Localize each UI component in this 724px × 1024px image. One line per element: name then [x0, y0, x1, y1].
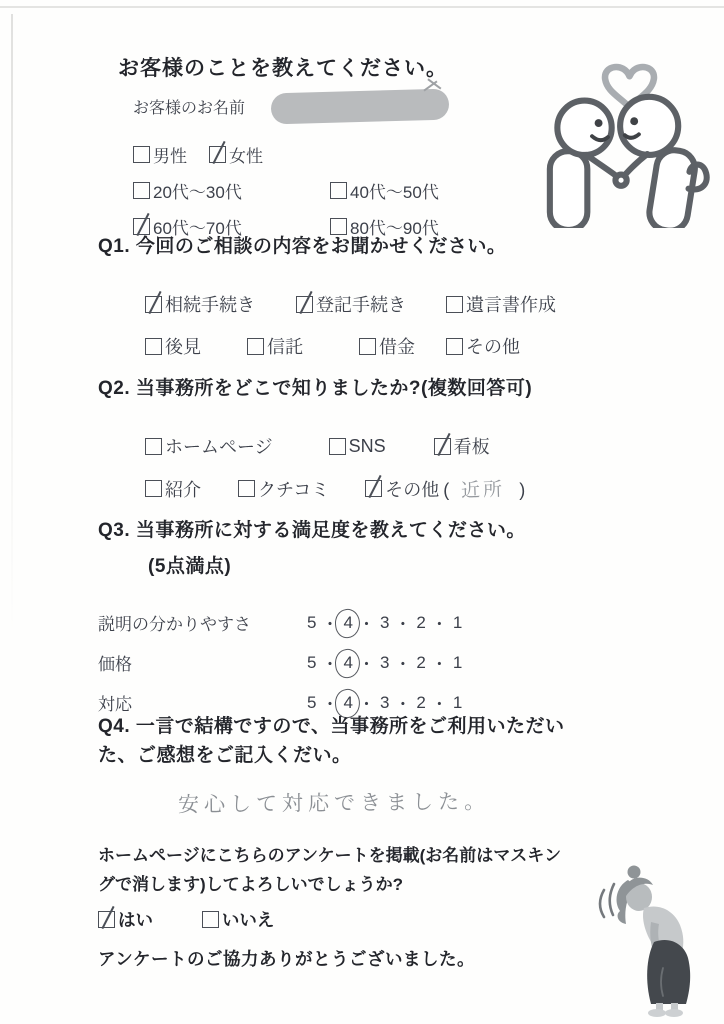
checkbox-sns[interactable]: SNS — [329, 436, 386, 457]
rating-1[interactable]: 1 — [451, 653, 465, 673]
checkbox-icon[interactable] — [133, 182, 150, 199]
checkbox-q2-other[interactable]: その他 — [365, 476, 439, 502]
rating-label: 価格 — [98, 650, 305, 675]
q2-options-row-2: 紹介 クチコミ その他 ( 近所 ) — [145, 475, 532, 502]
option-label: SNS — [349, 436, 386, 457]
rating-4[interactable]: 4 — [341, 653, 355, 673]
rating-1[interactable]: 1 — [451, 693, 465, 713]
checkbox-registration-procedure[interactable]: 登記手続き — [296, 291, 406, 317]
rating-2[interactable]: 2 — [414, 613, 428, 633]
option-label: 借金 — [379, 333, 415, 359]
gender-options-row: 男性 女性 — [133, 142, 449, 167]
handwritten-comment: 安心して対応できました。 — [178, 785, 490, 818]
question-3-heading: Q3. 当事務所に対する満足度を教えてください。 — [98, 516, 526, 545]
consent-question: ホームページにこちらのアンケートを掲載(お名前はマスキングで消します)してよろし… — [98, 841, 576, 899]
age-options-row-1: 20代〜30代 40代〜50代 — [133, 178, 449, 203]
checkbox-icon[interactable] — [329, 438, 346, 455]
two-people-heart-icon — [533, 50, 711, 228]
checkbox-icon[interactable] — [434, 438, 451, 455]
checkbox-icon[interactable] — [145, 438, 162, 455]
handwritten-other-value: 近所 — [449, 474, 520, 503]
masked-name-blob — [271, 89, 450, 125]
checkbox-icon[interactable] — [145, 338, 162, 355]
q2-options-row-1: ホームページ SNS 看板 — [145, 433, 532, 459]
option-label: ホームページ — [165, 433, 273, 459]
thanks-message: アンケートのご協力ありがとうございました。 — [98, 946, 475, 971]
rating-row-clarity: 説明の分かりやすさ 5 ・ 4 ・ 3 ・ 2 ・ 1 — [98, 610, 526, 635]
rating-1[interactable]: 1 — [451, 613, 465, 633]
checkbox-age-20-30[interactable]: 20代〜30代 — [133, 178, 330, 203]
checkbox-icon[interactable] — [209, 146, 226, 163]
checkbox-icon[interactable] — [330, 182, 347, 199]
checkbox-icon[interactable] — [365, 480, 382, 497]
checkbox-trust[interactable]: 信託 — [247, 333, 303, 359]
rating-3[interactable]: 3 — [378, 693, 392, 713]
checkbox-icon[interactable] — [133, 146, 150, 163]
close-paren: ) — [519, 480, 525, 501]
option-label: 男性 — [153, 142, 187, 167]
scale-dot: ・ — [429, 610, 451, 635]
name-label: お客様のお名前 — [133, 95, 245, 118]
option-label: クチコミ — [258, 476, 329, 502]
checkbox-will-drafting[interactable]: 遺言書作成 — [446, 291, 556, 317]
scan-edge-artifact-left — [11, 14, 13, 634]
scale-dot: ・ — [429, 650, 451, 675]
checkbox-inheritance-procedure[interactable]: 相続手続き — [145, 291, 255, 317]
question-2-section: Q2. 当事務所をどこで知りましたか?(複数回答可) ホームページ SNS 看板 — [98, 374, 532, 518]
rating-table: 説明の分かりやすさ 5 ・ 4 ・ 3 ・ 2 ・ 1 価格 5 ・ — [98, 610, 526, 715]
checkbox-referral[interactable]: 紹介 — [145, 476, 201, 502]
checkbox-icon[interactable] — [238, 480, 255, 497]
rating-5[interactable]: 5 — [305, 653, 319, 673]
bowing-woman-icon — [593, 860, 718, 1020]
option-label: いいえ — [222, 907, 275, 932]
scanned-questionnaire-page: お客様のことを教えてください。 お客様のお名前 男性 女性 20代〜30代 — [0, 0, 724, 1024]
checkbox-male[interactable]: 男性 — [133, 142, 187, 167]
handshake-illustration — [533, 50, 711, 233]
consent-options-row: はい いいえ — [98, 907, 576, 933]
bowing-woman-illustration — [593, 860, 718, 1024]
rating-2[interactable]: 2 — [414, 653, 428, 673]
page-title: お客様のことを教えてください。 — [118, 52, 449, 82]
question-1-heading: Q1. 今回のご相談の内容をお聞かせください。 — [98, 232, 556, 261]
checkbox-homepage[interactable]: ホームページ — [145, 433, 273, 459]
checkbox-yes[interactable]: はい — [98, 907, 153, 932]
rating-2[interactable]: 2 — [414, 693, 428, 713]
checkbox-female[interactable]: 女性 — [209, 142, 263, 167]
checkbox-icon[interactable] — [296, 296, 313, 313]
option-label: 後見 — [165, 333, 201, 359]
scale-dot: ・ — [392, 610, 414, 635]
option-label: はい — [118, 907, 153, 932]
checkbox-icon[interactable] — [446, 296, 463, 313]
intro-section: お客様のことを教えてください。 お客様のお名前 男性 女性 20代〜30代 — [118, 52, 449, 250]
option-label: その他 — [466, 333, 520, 359]
option-label: 遺言書作成 — [466, 291, 556, 317]
checkbox-icon[interactable] — [359, 338, 376, 355]
rating-5[interactable]: 5 — [305, 693, 319, 713]
checkbox-debt[interactable]: 借金 — [359, 333, 415, 359]
q1-options-row-2: 後見 信託 借金 その他 — [145, 333, 556, 359]
rating-row-price: 価格 5 ・ 4 ・ 3 ・ 2 ・ 1 — [98, 650, 526, 675]
scan-edge-artifact-top — [0, 6, 724, 8]
rating-5[interactable]: 5 — [305, 613, 319, 633]
checkbox-icon[interactable] — [98, 911, 115, 928]
rating-3[interactable]: 3 — [378, 613, 392, 633]
checkbox-word-of-mouth[interactable]: クチコミ — [238, 476, 329, 502]
rating-scale: 5 ・ 4 ・ 3 ・ 2 ・ 1 — [305, 610, 465, 635]
q2-other-answer: ( 近所 ) — [443, 475, 525, 502]
option-label: 信託 — [267, 333, 303, 359]
checkbox-no[interactable]: いいえ — [202, 907, 275, 932]
question-4-heading: Q4. 一言で結構ですので、当事務所をご利用いただいた、ご感想をご記入くだい。 — [98, 712, 568, 771]
checkbox-icon[interactable] — [145, 480, 162, 497]
option-label: 看板 — [454, 433, 490, 459]
rating-scale: 5 ・ 4 ・ 3 ・ 2 ・ 1 — [305, 650, 465, 675]
question-2-heading: Q2. 当事務所をどこで知りましたか?(複数回答可) — [98, 374, 532, 403]
q1-options-row-1: 相続手続き 登記手続き 遺言書作成 — [145, 291, 556, 317]
option-label: 女性 — [229, 142, 263, 167]
option-label: 紹介 — [165, 476, 201, 502]
option-label: 相続手続き — [165, 291, 255, 317]
option-label: 登記手続き — [316, 291, 406, 317]
rating-3[interactable]: 3 — [378, 653, 392, 673]
option-label: その他 — [385, 476, 439, 502]
checkbox-age-40-50[interactable]: 40代〜50代 — [330, 178, 439, 203]
checkbox-icon[interactable] — [247, 338, 264, 355]
option-label: 20代〜30代 — [153, 178, 242, 203]
checkbox-icon[interactable] — [202, 911, 219, 928]
question-1-section: Q1. 今回のご相談の内容をお聞かせください。 相続手続き 登記手続き 遺言書作… — [98, 232, 556, 375]
question-4-section: Q4. 一言で結構ですので、当事務所をご利用いただいた、ご感想をご記入くだい。 … — [98, 712, 568, 817]
checkbox-guardianship[interactable]: 後見 — [145, 333, 201, 359]
rating-label: 説明の分かりやすさ — [98, 610, 305, 635]
checkbox-signboard[interactable]: 看板 — [434, 433, 490, 459]
rating-4[interactable]: 4 — [341, 613, 355, 633]
consent-section: ホームページにこちらのアンケートを掲載(お名前はマスキングで消します)してよろし… — [98, 841, 576, 933]
checkbox-icon[interactable] — [145, 296, 162, 313]
thanks-section: アンケートのご協力ありがとうございました。 — [98, 946, 475, 971]
question-3-section: Q3. 当事務所に対する満足度を教えてください。 (5点満点) 説明の分かりやす… — [98, 516, 526, 730]
checkbox-q1-other[interactable]: その他 — [446, 333, 520, 359]
option-label: 40代〜50代 — [350, 178, 439, 203]
rating-4[interactable]: 4 — [341, 693, 355, 713]
scale-dot: ・ — [392, 650, 414, 675]
checkbox-icon[interactable] — [446, 338, 463, 355]
question-3-subheading: (5点満点) — [148, 551, 526, 578]
